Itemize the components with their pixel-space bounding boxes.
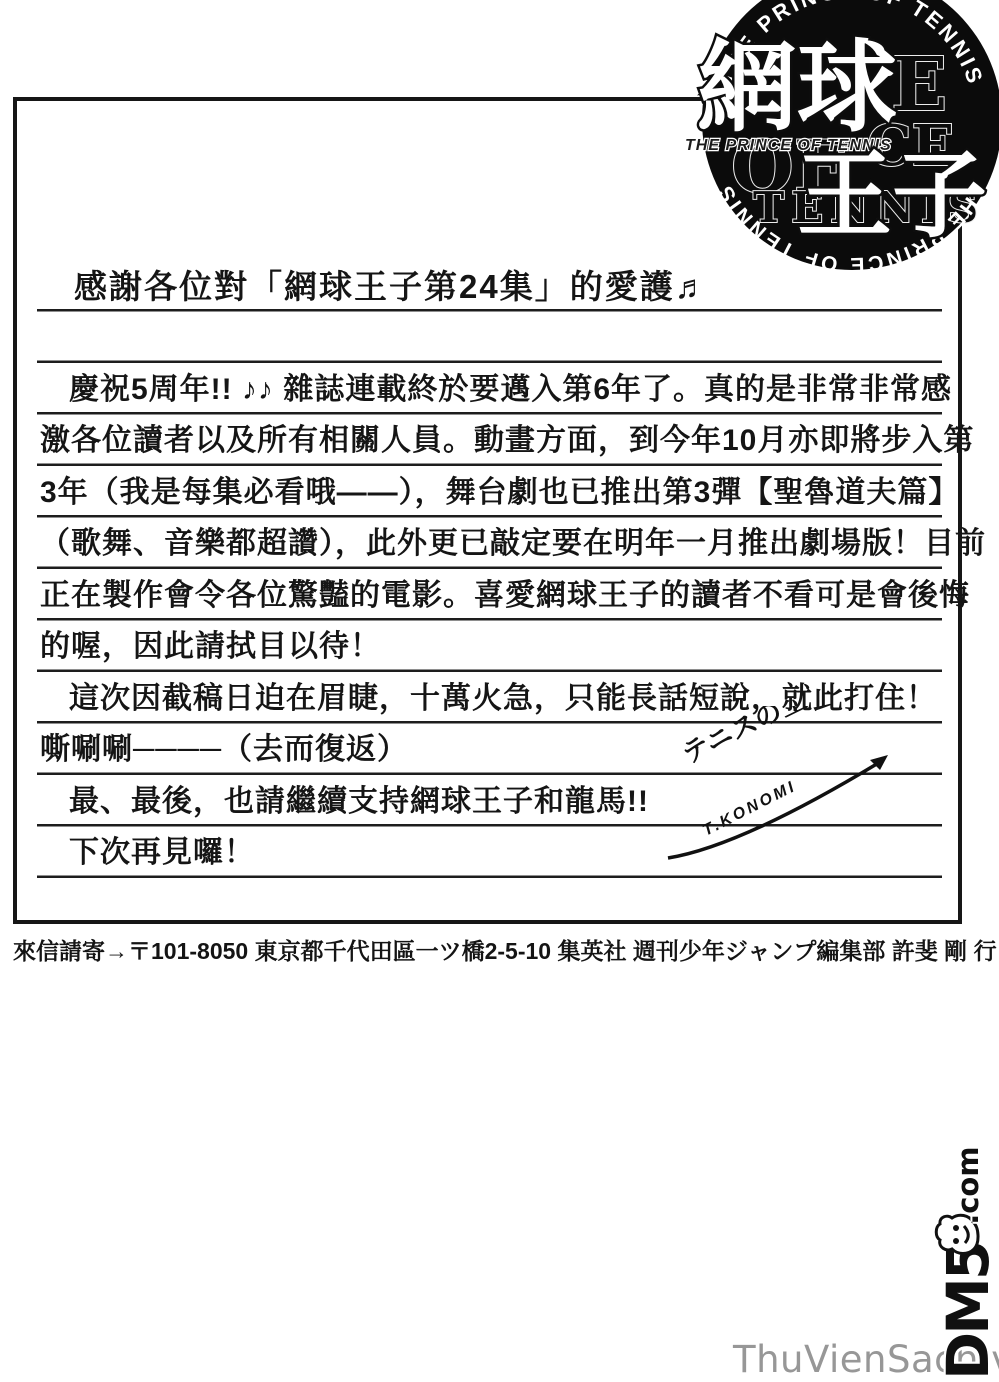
letter-line: 下次再見囉！ bbox=[69, 830, 255, 875]
letter-title: 感謝各位對「網球王子第24集」的愛護♬ bbox=[74, 261, 710, 308]
signature-name-text: テニスの王子様 bbox=[677, 706, 859, 769]
dm5-watermark: DM5 .com bbox=[936, 1155, 999, 1380]
letter-line: 激各位讀者以及所有相關人員。動畫方面，到今年10月亦即將步入第 bbox=[40, 418, 974, 463]
dm5-watermark-text: DM5 bbox=[936, 1243, 999, 1380]
letter-line: 的喔，因此請拭目以待！ bbox=[40, 624, 381, 669]
letter-line: （歌舞、音樂都超讚），此外更已敲定要在明年一月推出劇場版！目前 bbox=[40, 521, 986, 566]
letter-line: 3年（我是每集必看哦——），舞台劇也已推出第3彈【聖魯道夫篇】 bbox=[40, 470, 959, 515]
letter-line: 慶祝5周年!! ♪♪ 雜誌連載終於要邁入第6年了。真的是非常非常感 bbox=[69, 367, 952, 412]
letter-line: 嘶唰唰────（去而復返） bbox=[40, 727, 408, 772]
logo-kanji-top: 網球 bbox=[697, 32, 897, 144]
letter-line: 正在製作會令各位驚豔的電影。喜愛網球王子的讀者不看可是會後悔 bbox=[40, 573, 970, 618]
letter-line: 最、最後，也請繼續支持網球王子和龍馬!! bbox=[69, 779, 649, 824]
signature-arrow bbox=[668, 762, 880, 858]
prince-of-tennis-logo: E CE OF TENNIS THE PRINCE OF TENNIS THE … bbox=[655, 0, 999, 277]
dm5-watermark-suffix: .com bbox=[951, 1146, 985, 1224]
author-signature: テニスの王子様 T.KONOMI bbox=[654, 706, 924, 886]
mailing-address: 來信請寄→〒101-8050 東京都千代田區一ツ橋2-5-10 集英社 週刊少年… bbox=[13, 933, 997, 966]
logo-kanji-bottom: 王子 bbox=[797, 143, 987, 249]
manga-afterword-page: 感謝各位對「網球王子第24集」的愛護♬ 慶祝5周年!! ♪♪ 雜誌連載終於要邁入… bbox=[0, 0, 999, 1382]
